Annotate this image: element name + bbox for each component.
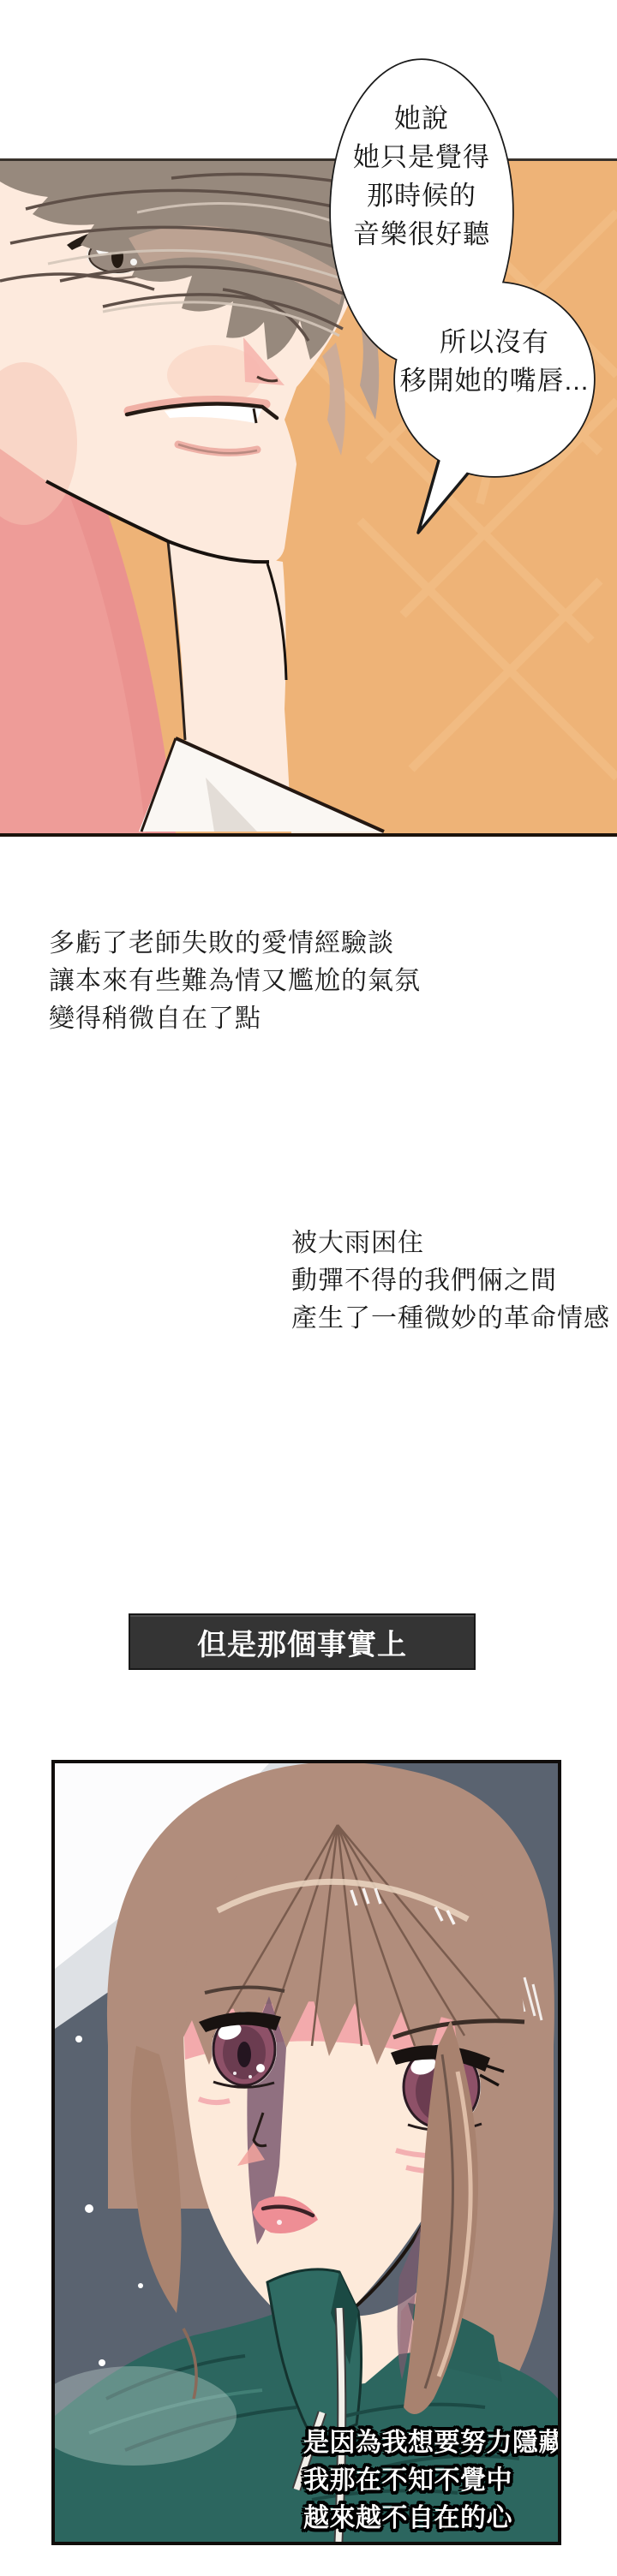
overlay-line: 我那在不知不覺中 (303, 2462, 561, 2500)
overlay-line: 是因為我想要努力隱藏 (303, 2424, 561, 2462)
caption-text: 但是那個事實上 (197, 1621, 407, 1663)
narration-line: 產生了一種微妙的革命情感 (291, 1300, 610, 1338)
bubble-line: 那時候的 (323, 176, 520, 215)
narration-line: 讓本來有些難為情又尷尬的氣氛 (49, 963, 421, 1000)
bubble-line: 她只是覺得 (323, 138, 520, 176)
narration-line: 動彈不得的我們倆之間 (291, 1262, 610, 1300)
overlay-line: 越來越不自在的心 (303, 2500, 561, 2537)
narration-line: 被大雨困住 (291, 1225, 610, 1262)
narration-block-1: 多虧了老師失敗的愛情經驗談 讓本來有些難為情又尷尬的氣氛 變得稍微自在了點 (49, 925, 421, 1038)
bubble-2-text: 所以沒有 移開她的嘴唇... (387, 323, 602, 400)
caption-box: 但是那個事實上 (129, 1613, 476, 1670)
bubble-line: 移開她的嘴唇... (387, 361, 602, 400)
bubble-line: 音樂很好聽 (323, 215, 520, 253)
narration-line: 多虧了老師失敗的愛情經驗談 (49, 925, 421, 963)
narration-block-2: 被大雨困住 動彈不得的我們倆之間 產生了一種微妙的革命情感 (291, 1225, 610, 1338)
narration-line: 變得稍微自在了點 (49, 1000, 421, 1038)
panel-2: 是因為我想要努力隱藏 我那在不知不覺中 越來越不自在的心 (51, 1760, 561, 2545)
panel2-overlay-text: 是因為我想要努力隱藏 我那在不知不覺中 越來越不自在的心 (303, 2424, 561, 2537)
bubble-1-text: 她說 她只是覺得 那時候的 音樂很好聽 (323, 99, 520, 253)
bubble-line: 所以沒有 (387, 323, 602, 361)
bubble-line: 她說 (323, 99, 520, 138)
